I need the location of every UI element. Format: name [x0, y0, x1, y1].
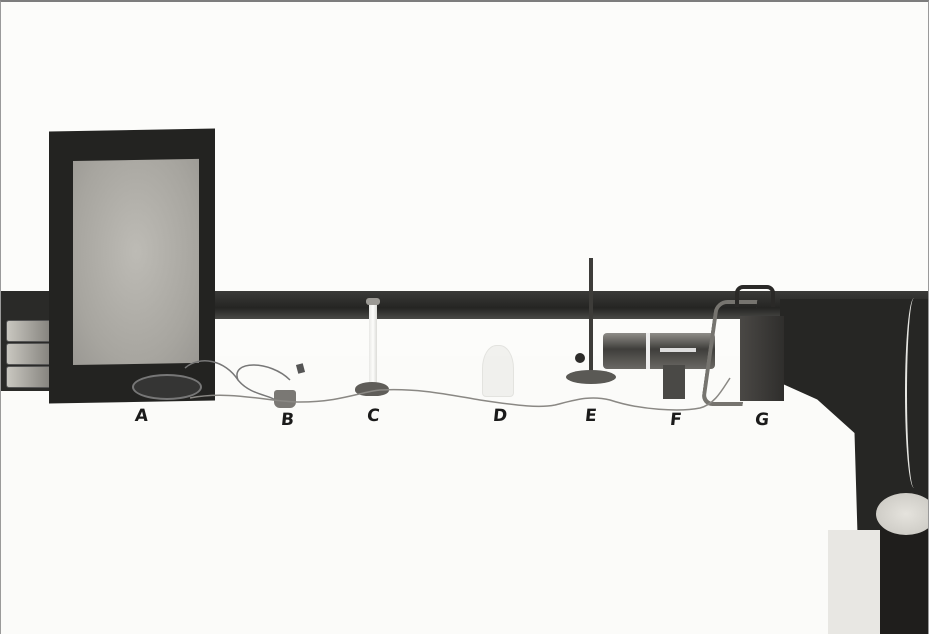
label-g: G — [754, 410, 770, 430]
label-d: D — [492, 406, 508, 426]
label-a: A — [134, 406, 149, 426]
connecting-wire — [0, 0, 929, 634]
apparatus-photograph: A B C D E F G — [0, 0, 929, 634]
label-f: F — [669, 410, 683, 430]
label-e: E — [584, 406, 598, 426]
label-b: B — [280, 410, 295, 430]
label-c: C — [366, 406, 381, 426]
